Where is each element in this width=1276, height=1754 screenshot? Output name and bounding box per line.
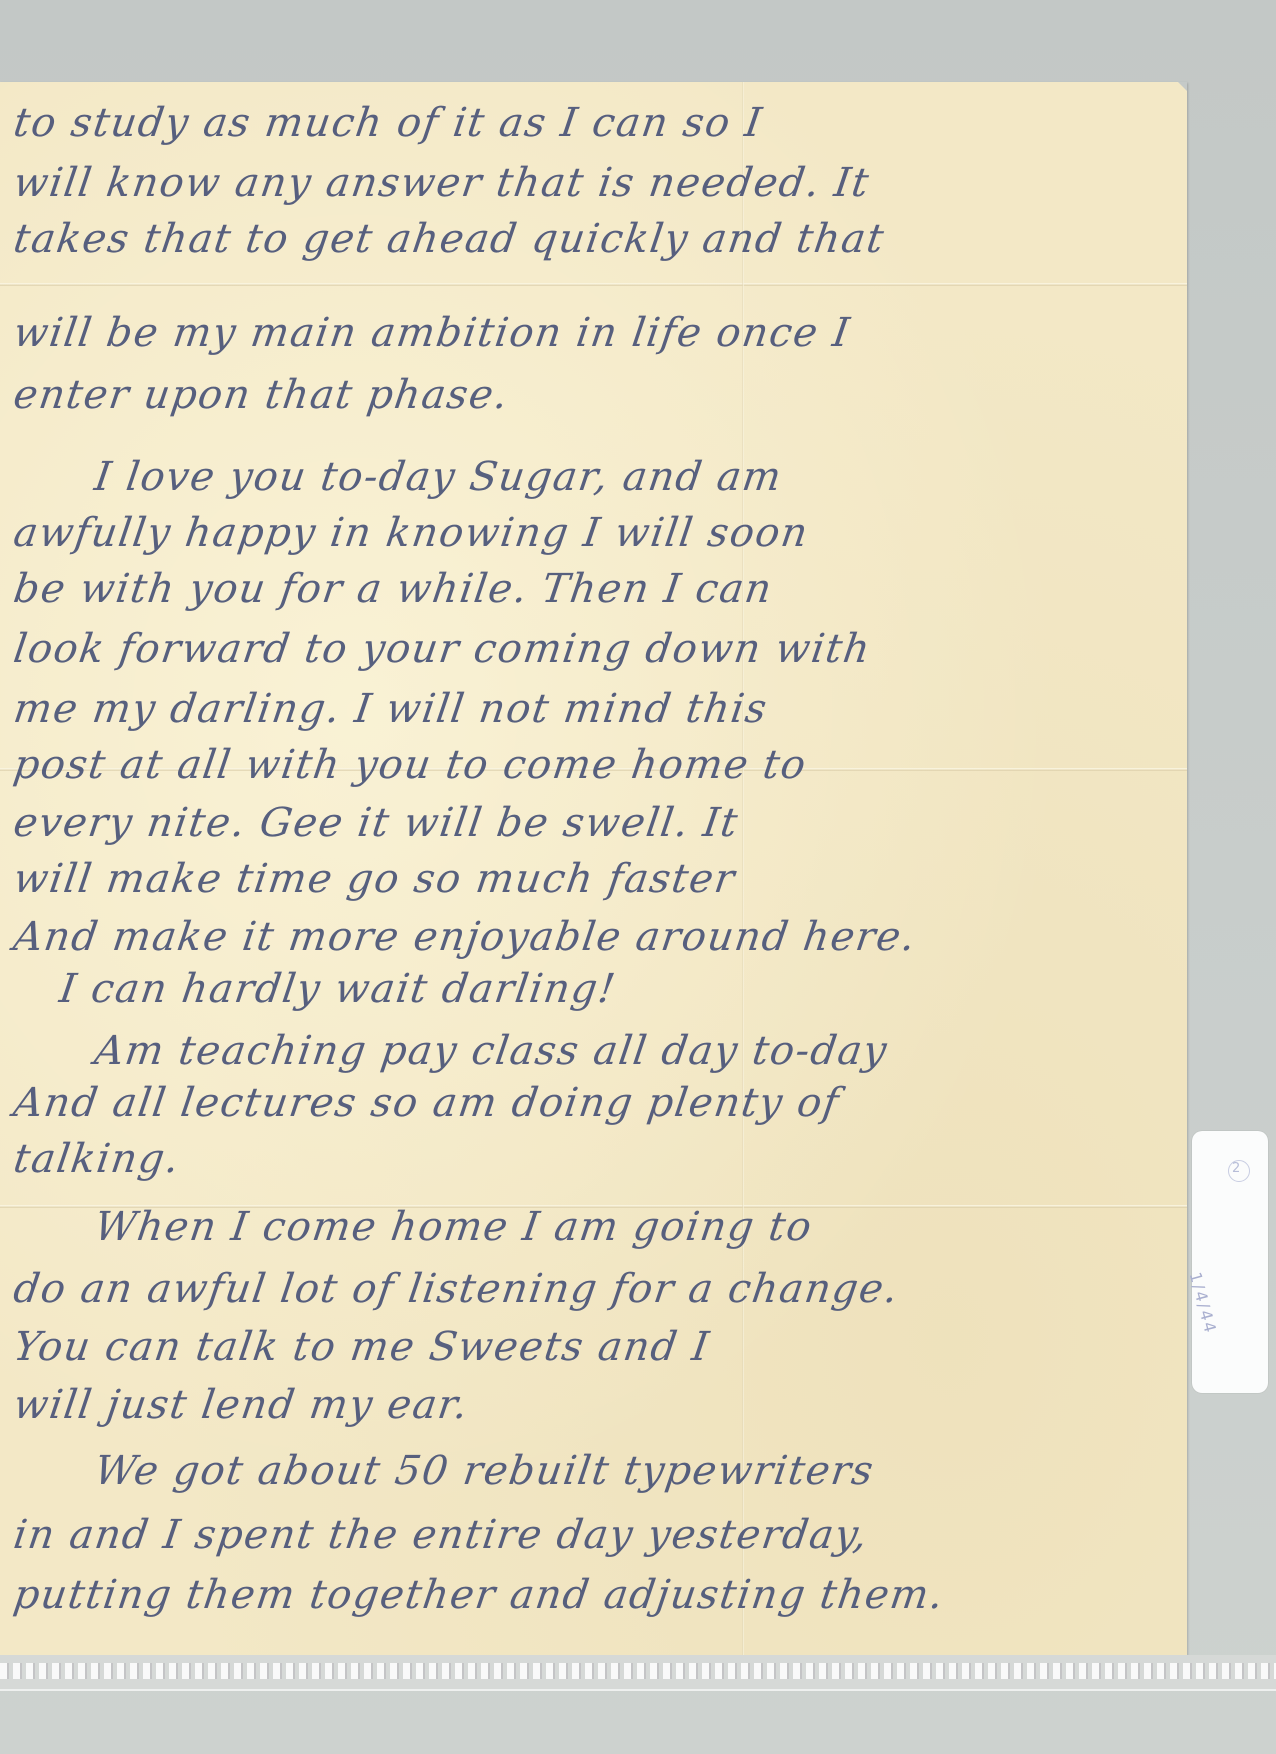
text-line: takes that to get ahead quickly and that bbox=[11, 216, 888, 262]
text-line: do an awful lot of listening for a chang… bbox=[11, 1266, 902, 1312]
text-line: putting them together and adjusting them… bbox=[11, 1572, 947, 1618]
page-number-circle: 2 bbox=[1228, 1160, 1250, 1182]
text-line: in and I spent the entire day yesterday, bbox=[11, 1512, 871, 1558]
text-line: awfully happy in knowing I will soon bbox=[11, 510, 812, 556]
text-line: Am teaching pay class all day to-day bbox=[92, 1028, 891, 1074]
text-line: be with you for a while. Then I can bbox=[11, 566, 776, 612]
text-line: We got about 50 rebuilt typewriters bbox=[92, 1448, 877, 1494]
text-line: will know any answer that is needed. It bbox=[11, 160, 873, 206]
paper-fold-line bbox=[0, 283, 1187, 286]
text-line: And make it more enjoyable around here. bbox=[11, 914, 919, 960]
text-line: You can talk to me Sweets and I bbox=[11, 1324, 713, 1370]
text-line: post at all with you to come home to bbox=[11, 742, 810, 788]
text-line: me my darling. I will not mind this bbox=[11, 686, 771, 732]
paper-corner bbox=[1178, 82, 1187, 91]
text-line: talking. bbox=[11, 1136, 183, 1182]
text-line: will make time go so much faster bbox=[11, 856, 739, 902]
page-number: 2 bbox=[1232, 1161, 1240, 1176]
text-line: will just lend my ear. bbox=[11, 1382, 472, 1428]
text-line: When I come home I am going to bbox=[92, 1204, 816, 1250]
text-line: look forward to your coming down with bbox=[11, 626, 874, 672]
sleeve-perforation bbox=[0, 1663, 1276, 1679]
text-line: enter upon that phase. bbox=[11, 372, 512, 418]
text-line: every nite. Gee it will be swell. It bbox=[11, 800, 742, 846]
text-line: to study as much of it as I can so I bbox=[11, 100, 766, 146]
text-line: And all lectures so am doing plenty of bbox=[11, 1080, 843, 1126]
text-line: I can hardly wait darling! bbox=[57, 966, 619, 1012]
text-line: I love you to-day Sugar, and am bbox=[92, 454, 785, 500]
text-line: will be my main ambition in life once I bbox=[11, 310, 854, 356]
